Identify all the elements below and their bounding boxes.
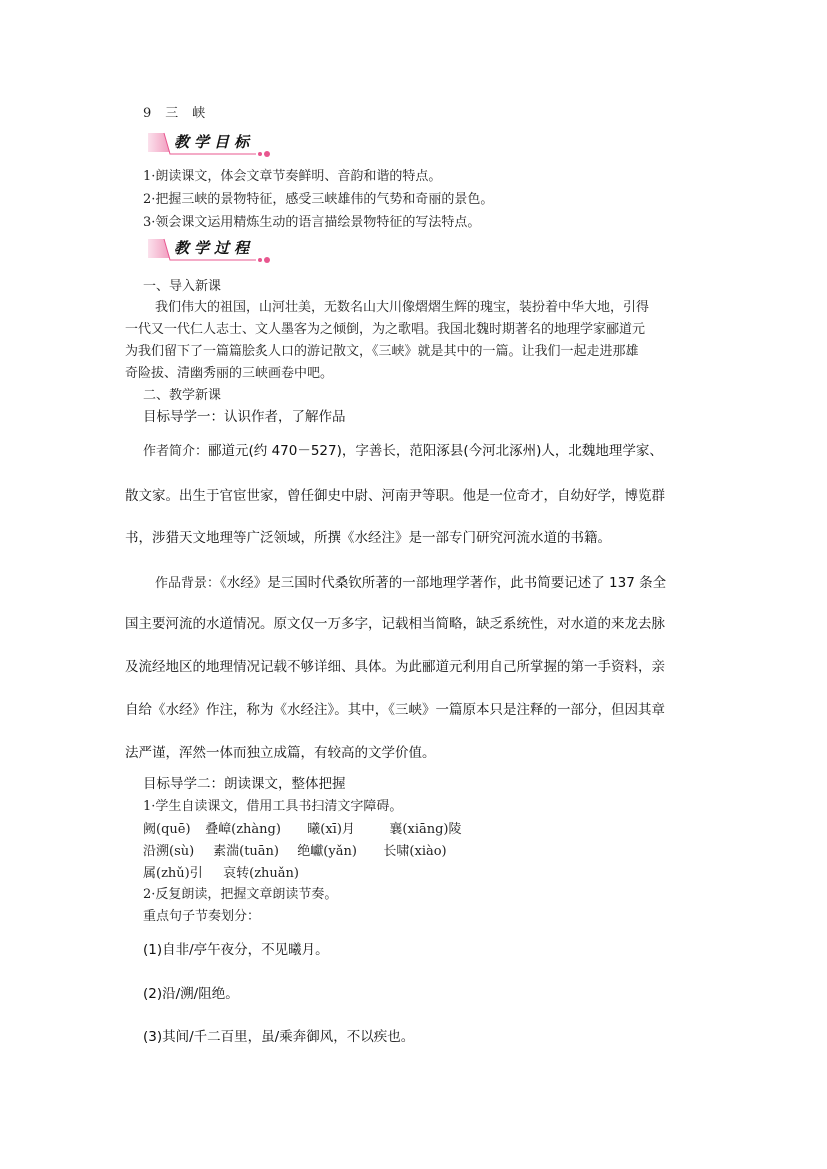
intro-line: 一代又一代仁人志士、文人墨客为之倾倒，为之歌唱。我国北魏时期著名的地理学家郦道元: [125, 318, 645, 337]
section-banner-process: 教学过程: [148, 236, 273, 264]
goal1-heading: 目标导学一：认识作者，了解作品: [143, 405, 346, 425]
goal-item: 1·朗读课文，体会文章节奏鲜明、音韵和谐的特点。: [143, 165, 441, 184]
background-line: 自给《水经》作注，称为《水经注》。其中，《三峡》一篇原本只是注释的一部分，但因其…: [125, 698, 665, 718]
author-intro: 作者简介：郦道元(约 470－527)，字善长，范阳涿县(今河北涿州)人，北魏地…: [143, 439, 663, 459]
rhythm-sentence: (3)其间/千二百里，虽/乘奔御风，不以疾也。: [143, 1025, 414, 1045]
pinyin-entry: 属(zhǔ)引: [143, 862, 219, 881]
rhythm-sentence: (1)自非/亭午夜分，不见曦月。: [143, 938, 329, 958]
background-line: 及流经地区的地理情况记载不够详细、具体。为此郦道元利用自己所掌握的第一手资料，亲: [125, 655, 665, 675]
goal-item: 2·把握三峡的景物特征，感受三峡雄伟的气势和奇丽的景色。: [143, 188, 493, 207]
banner-label: 教学目标: [174, 131, 254, 152]
goal2-heading: 目标导学二：朗读课文，整体把握: [143, 772, 346, 792]
lesson-title-char: 三: [165, 106, 178, 121]
intro-line: 奇险拔、清幽秀丽的三峡画卷中吧。: [125, 362, 333, 381]
author-line: 散文家。出生于官宦世家，曾任御史中尉、河南尹等职。他是一位奇才，自幼好学，博览群: [125, 484, 665, 504]
lesson-title-char: 峡: [192, 106, 205, 121]
step-2: 2·反复朗读，把握文章朗读节奏。: [143, 883, 337, 902]
background-label: 作品背景：: [155, 576, 220, 591]
pinyin-row: 阙(quē) 叠嶂(zhàng) 曦(xī)月 襄(xiāng)陵: [143, 818, 462, 837]
pinyin-entry: 长啸(xiào): [383, 844, 446, 859]
intro-line: 为我们留下了一篇篇脍炙人口的游记散文，《三峡》就是其中的一篇。让我们一起走进那雄: [125, 340, 639, 359]
pinyin-row: 属(zhǔ)引 哀转(zhuǎn): [143, 862, 299, 881]
pinyin-entry: 素湍(tuān): [213, 840, 293, 859]
author-line: 郦道元(约 470－527)，字善长，范阳涿县(今河北涿州)人，北魏地理学家、: [208, 443, 663, 459]
pinyin-entry: 叠嶂(zhàng): [205, 818, 303, 837]
author-label: 作者简介：: [143, 444, 208, 459]
pinyin-entry: 哀转(zhuǎn): [223, 866, 299, 881]
pinyin-entry: 阙(quē): [143, 818, 201, 837]
goal-item: 3·领会课文运用精炼生动的语言描绘景物特征的写法特点。: [143, 211, 480, 230]
pinyin-row: 沿溯(sù) 素湍(tuān) 绝巘(yǎn) 长啸(xiào): [143, 840, 447, 859]
lesson-number: 9: [143, 106, 151, 121]
author-line: 书，涉猎天文地理等广泛领域，所撰《水经注》是一部专门研究河流水道的书籍。: [125, 526, 611, 546]
pinyin-entry: 绝巘(yǎn): [297, 840, 379, 859]
intro-line: 我们伟大的祖国，山河壮美，无数名山大川像熠熠生辉的瑰宝，装扮着中华大地，引得: [155, 296, 649, 315]
background-intro: 作品背景：《水经》是三国时代桑钦所著的一部地理学著作，此书简要记述了 137 条…: [155, 571, 666, 591]
section-banner-goals: 教学目标: [148, 130, 273, 158]
background-line: 国主要河流的水道情况。原文仅一万多字，记载相当简略，缺乏系统性，对水道的来龙去脉: [125, 612, 665, 632]
rhythm-sentence: (2)沿/溯/阻绝。: [143, 982, 239, 1002]
pinyin-entry: 曦(xī)月: [307, 818, 385, 837]
lesson-title: 9三峡: [143, 102, 205, 121]
background-line: 法严谨，浑然一体而独立成篇，有较高的文学价值。: [125, 741, 436, 761]
banner-label: 教学过程: [174, 237, 254, 258]
pinyin-entry: 沿溯(sù): [143, 840, 209, 859]
pinyin-entry: 襄(xiāng)陵: [389, 822, 461, 837]
intro-heading: 一、导入新课: [143, 275, 221, 294]
rhythm-heading: 重点句子节奏划分：: [143, 905, 260, 924]
new-lesson-heading: 二、教学新课: [143, 384, 221, 403]
step-1: 1·学生自读课文，借用工具书扫清文字障碍。: [143, 795, 402, 814]
background-line: 《水经》是三国时代桑钦所著的一部地理学著作，此书简要记述了 137 条全: [220, 575, 666, 591]
